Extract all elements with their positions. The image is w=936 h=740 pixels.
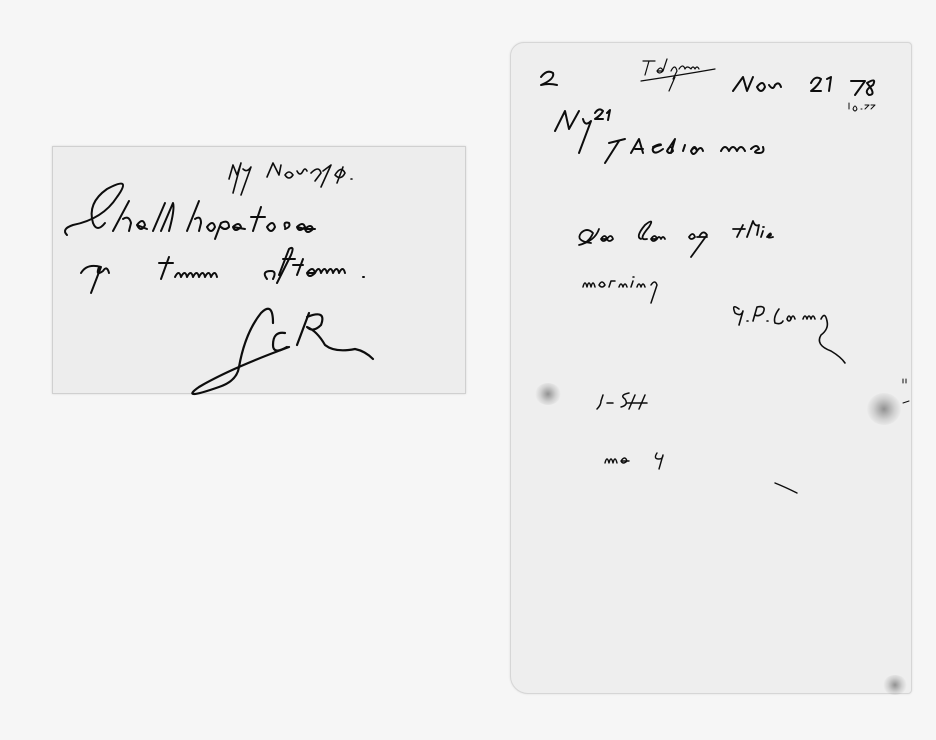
note1-ink (597, 393, 647, 409)
body-line1-ink (579, 221, 773, 257)
card-line2-ink (81, 248, 364, 293)
telegram-handwriting (511, 43, 911, 693)
telegram-sheet: 2 Telegram Nov 21 78 10.55 NY 21 T A Edi… (510, 42, 912, 694)
card-date-ink (229, 163, 352, 195)
stray-mark-ink (775, 483, 797, 493)
ink-smudge-left (535, 383, 561, 405)
addressee-ink (605, 139, 764, 163)
date-ink (733, 77, 874, 95)
time-ink (849, 103, 875, 111)
card-line1-ink (65, 184, 315, 239)
card-handwriting (53, 147, 465, 393)
edge-mark-ink (903, 379, 909, 403)
ink-smudge-right (867, 393, 901, 425)
origin-ink (555, 109, 610, 153)
card-signature-ink (192, 309, 373, 394)
signature-ink (734, 307, 845, 363)
note2-ink (605, 453, 663, 469)
ink-smudge-bottom (883, 675, 907, 695)
form-label-ink (641, 59, 715, 91)
body-line2-ink (583, 277, 657, 303)
page-number-ink (541, 72, 557, 85)
calling-card: NY Nov 21/78. Shall hope to see you tomo… (52, 146, 466, 394)
